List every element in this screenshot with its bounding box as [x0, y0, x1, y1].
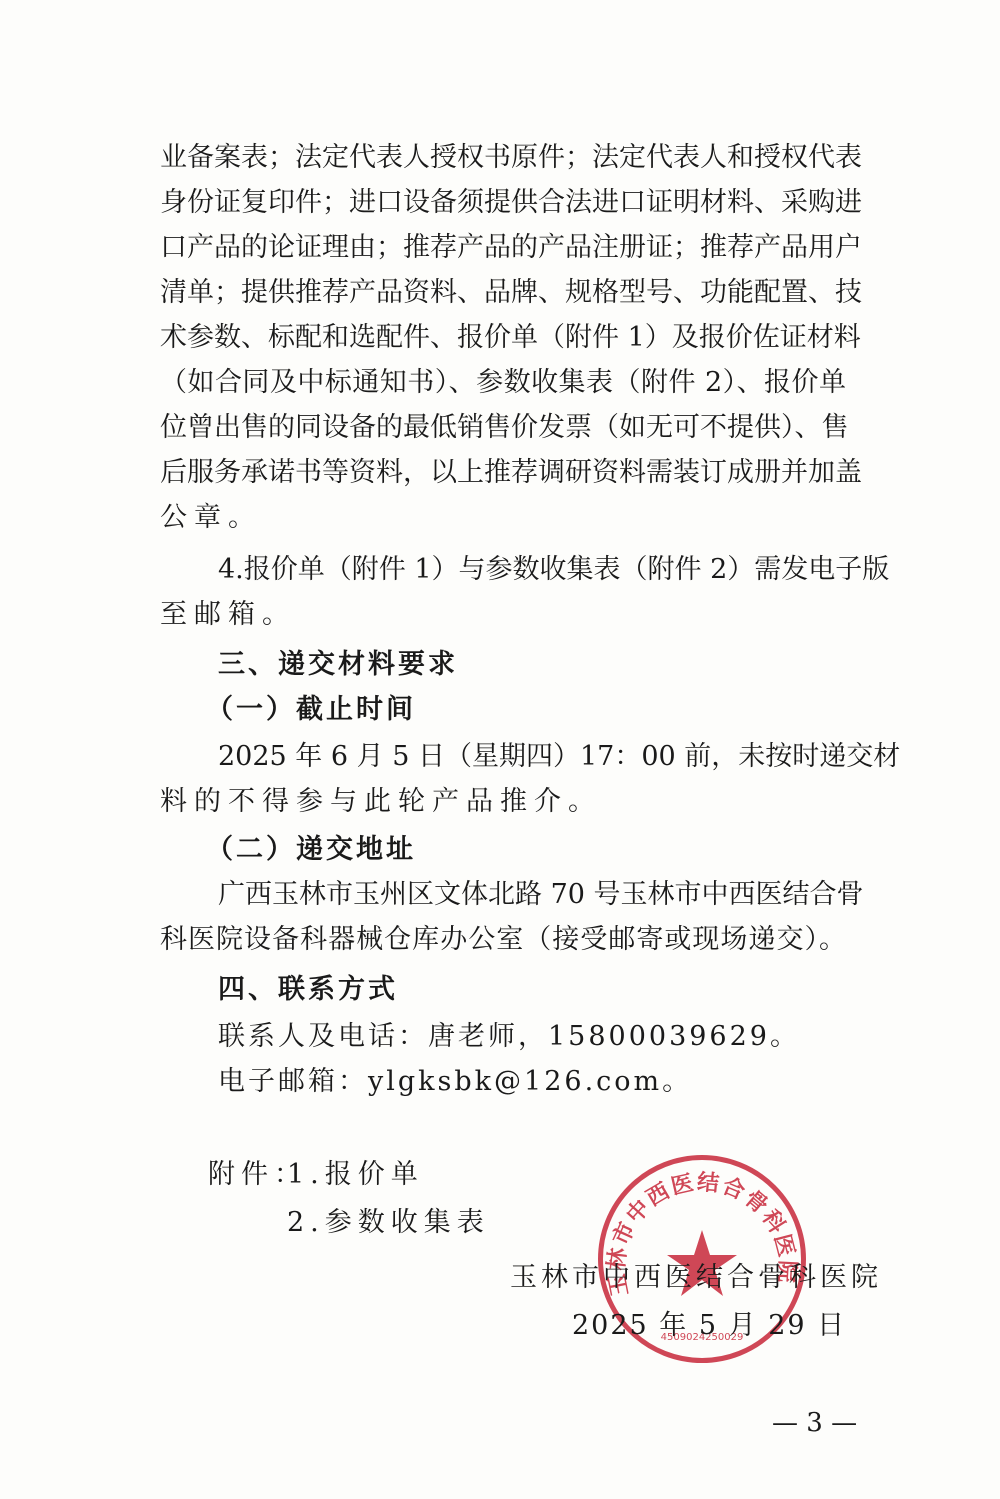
address-line-2: 科医院设备科器械仓库办公室（接受邮寄或现场递交）。 — [160, 918, 846, 962]
body-line-5: 术参数、标配和选配件、报价单（附件 1）及报价佐证材料 — [160, 316, 846, 360]
item-4-line-1: 4.报价单（附件 1）与参数收集表（附件 2）需发电子版 — [218, 548, 846, 592]
body-line-6: （如合同及中标通知书）、参数收集表（附件 2）、报价单 — [160, 361, 846, 405]
address-line-1: 广西玉林市玉州区文体北路 70 号玉林市中西医结合骨 — [218, 873, 846, 917]
document-page: 业备案表；法定代表人授权书原件；法定代表人和授权代表 身份证复印件；进口设备须提… — [0, 0, 1000, 1499]
body-line-8: 后服务承诺书等资料，以上推荐调研资料需装订成册并加盖 — [160, 451, 846, 495]
section-3-sub-1-heading: （一）截止时间 — [206, 688, 892, 732]
deadline-line-1: 2025 年 6 月 5 日（星期四）17：00 前，未按时递交材 — [218, 735, 846, 779]
section-3-sub-2-heading: （二）递交地址 — [206, 828, 892, 872]
section-3-heading: 三、递交材料要求 — [218, 643, 846, 687]
body-line-4: 清单；提供推荐产品资料、品牌、规格型号、功能配置、技 — [160, 271, 846, 315]
body-line-7: 位曾出售的同设备的最低销售价发票（如无可不提供）、售 — [160, 406, 846, 450]
body-line-9: 公章。 — [160, 496, 846, 540]
item-4-line-2: 至邮箱。 — [160, 593, 846, 637]
attachment-2: 2.参数收集表 — [287, 1201, 490, 1245]
contact-phone: 联系人及电话：唐老师，15800039629。 — [218, 1015, 846, 1059]
page-number: — 3 — — [772, 1403, 857, 1443]
signature-organization: 玉林市中西医结合骨科医院 — [510, 1256, 882, 1300]
body-line-2: 身份证复印件；进口设备须提供合法进口证明材料、采购进 — [160, 181, 846, 225]
body-line-1: 业备案表；法定代表人授权书原件；法定代表人和授权代表 — [160, 136, 846, 180]
section-4-heading: 四、联系方式 — [218, 968, 846, 1012]
signature-date: 2025 年 5 月 29 日 — [572, 1304, 846, 1348]
contact-email: 电子邮箱：ylgksbk@126.com。 — [218, 1060, 846, 1104]
deadline-line-2: 料的不得参与此轮产品推介。 — [160, 780, 846, 824]
body-line-3: 口产品的论证理由；推荐产品的产品注册证；推荐产品用户 — [160, 226, 846, 270]
attachment-1: 1.报价单 — [287, 1153, 424, 1197]
